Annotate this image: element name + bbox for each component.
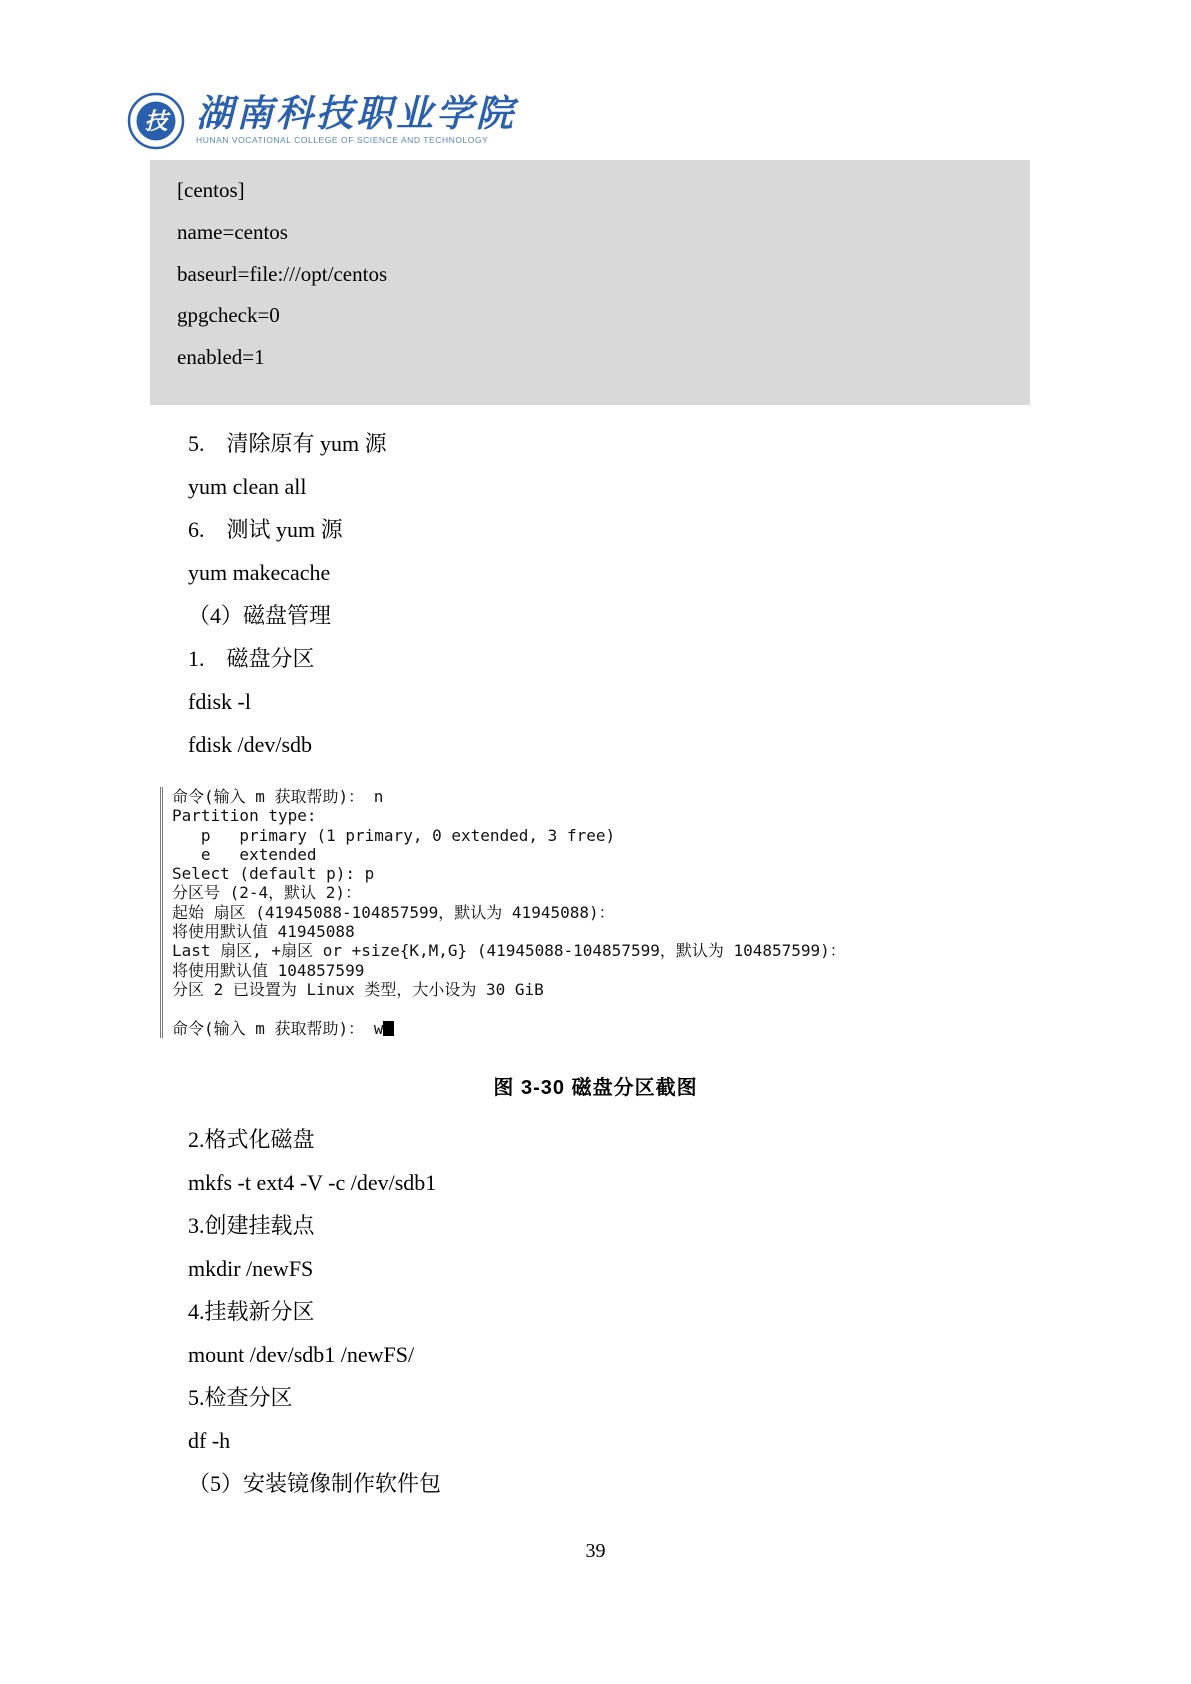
terminal-line: 将使用默认值 41945088 [172, 922, 846, 941]
terminal-line: 分区 2 已设置为 Linux 类型，大小设为 30 GiB [172, 980, 846, 999]
config-line: enabled=1 [177, 337, 1020, 379]
step-line: yum clean all [188, 465, 387, 508]
steps-section-top: 5. 清除原有 yum 源 yum clean all 6. 测试 yum 源 … [188, 422, 387, 766]
config-line: name=centos [177, 212, 1020, 254]
terminal-line: 起始 扇区 (41945088-104857599，默认为 41945088)： [172, 903, 846, 922]
step-line: 5.检查分区 [188, 1376, 441, 1419]
step-line: 6. 测试 yum 源 [188, 508, 387, 551]
terminal-line [172, 999, 846, 1018]
college-logo: 技 湖南科技职业学院 HUNAN VOCATIONAL COLLEGE OF S… [127, 92, 516, 150]
step-line: df -h [188, 1419, 441, 1462]
document-page: 技 湖南科技职业学院 HUNAN VOCATIONAL COLLEGE OF S… [0, 0, 1191, 1684]
college-name-en: HUNAN VOCATIONAL COLLEGE OF SCIENCE AND … [196, 135, 516, 145]
step-line: mkdir /newFS [188, 1247, 441, 1290]
figure-caption: 图 3-30 磁盘分区截图 [0, 1071, 1191, 1100]
terminal-line: e extended [172, 845, 846, 864]
terminal-line: 将使用默认值 104857599 [172, 961, 846, 980]
terminal-line: p primary (1 primary, 0 extended, 3 free… [172, 826, 846, 845]
terminal-line: Last 扇区, +扇区 or +size{K,M,G} (41945088-1… [172, 941, 846, 960]
config-line: gpgcheck=0 [177, 295, 1020, 337]
terminal-line: Select (default p): p [172, 864, 846, 883]
terminal-line: 命令(输入 m 获取帮助)： n [172, 787, 846, 806]
terminal-screenshot: 命令(输入 m 获取帮助)： n Partition type: p prima… [160, 787, 846, 1038]
terminal-cursor [383, 1021, 394, 1036]
config-line: baseurl=file:///opt/centos [177, 254, 1020, 296]
step-line: 3.创建挂载点 [188, 1204, 441, 1247]
config-line: [centos] [177, 170, 1020, 212]
step-line: 1. 磁盘分区 [188, 637, 387, 680]
steps-section-bottom: 2.格式化磁盘 mkfs -t ext4 -V -c /dev/sdb1 3.创… [188, 1118, 441, 1505]
terminal-line: 分区号 (2-4，默认 2)： [172, 883, 846, 902]
step-line: mkfs -t ext4 -V -c /dev/sdb1 [188, 1161, 441, 1204]
terminal-line: 命令(输入 m 获取帮助)： w [172, 1019, 846, 1038]
college-logo-text: 湖南科技职业学院 HUNAN VOCATIONAL COLLEGE OF SCI… [196, 92, 516, 145]
step-line: 4.挂载新分区 [188, 1290, 441, 1333]
step-line: 5. 清除原有 yum 源 [188, 422, 387, 465]
terminal-line: Partition type: [172, 806, 846, 825]
step-line: （5）安装镜像制作软件包 [188, 1462, 441, 1505]
step-line: fdisk /dev/sdb [188, 723, 387, 766]
college-seal-icon: 技 [127, 92, 185, 150]
step-line: 2.格式化磁盘 [188, 1118, 441, 1161]
terminal-line-text: 命令(输入 m 获取帮助)： w [172, 1019, 383, 1038]
college-name-cn: 湖南科技职业学院 [196, 92, 516, 134]
page-number: 39 [0, 1540, 1191, 1563]
step-line: yum makecache [188, 551, 387, 594]
seal-glyph: 技 [145, 109, 172, 134]
repo-config-block: [centos] name=centos baseurl=file:///opt… [150, 160, 1030, 405]
step-line: fdisk -l [188, 680, 387, 723]
step-line: （4）磁盘管理 [188, 594, 387, 637]
step-line: mount /dev/sdb1 /newFS/ [188, 1333, 441, 1376]
